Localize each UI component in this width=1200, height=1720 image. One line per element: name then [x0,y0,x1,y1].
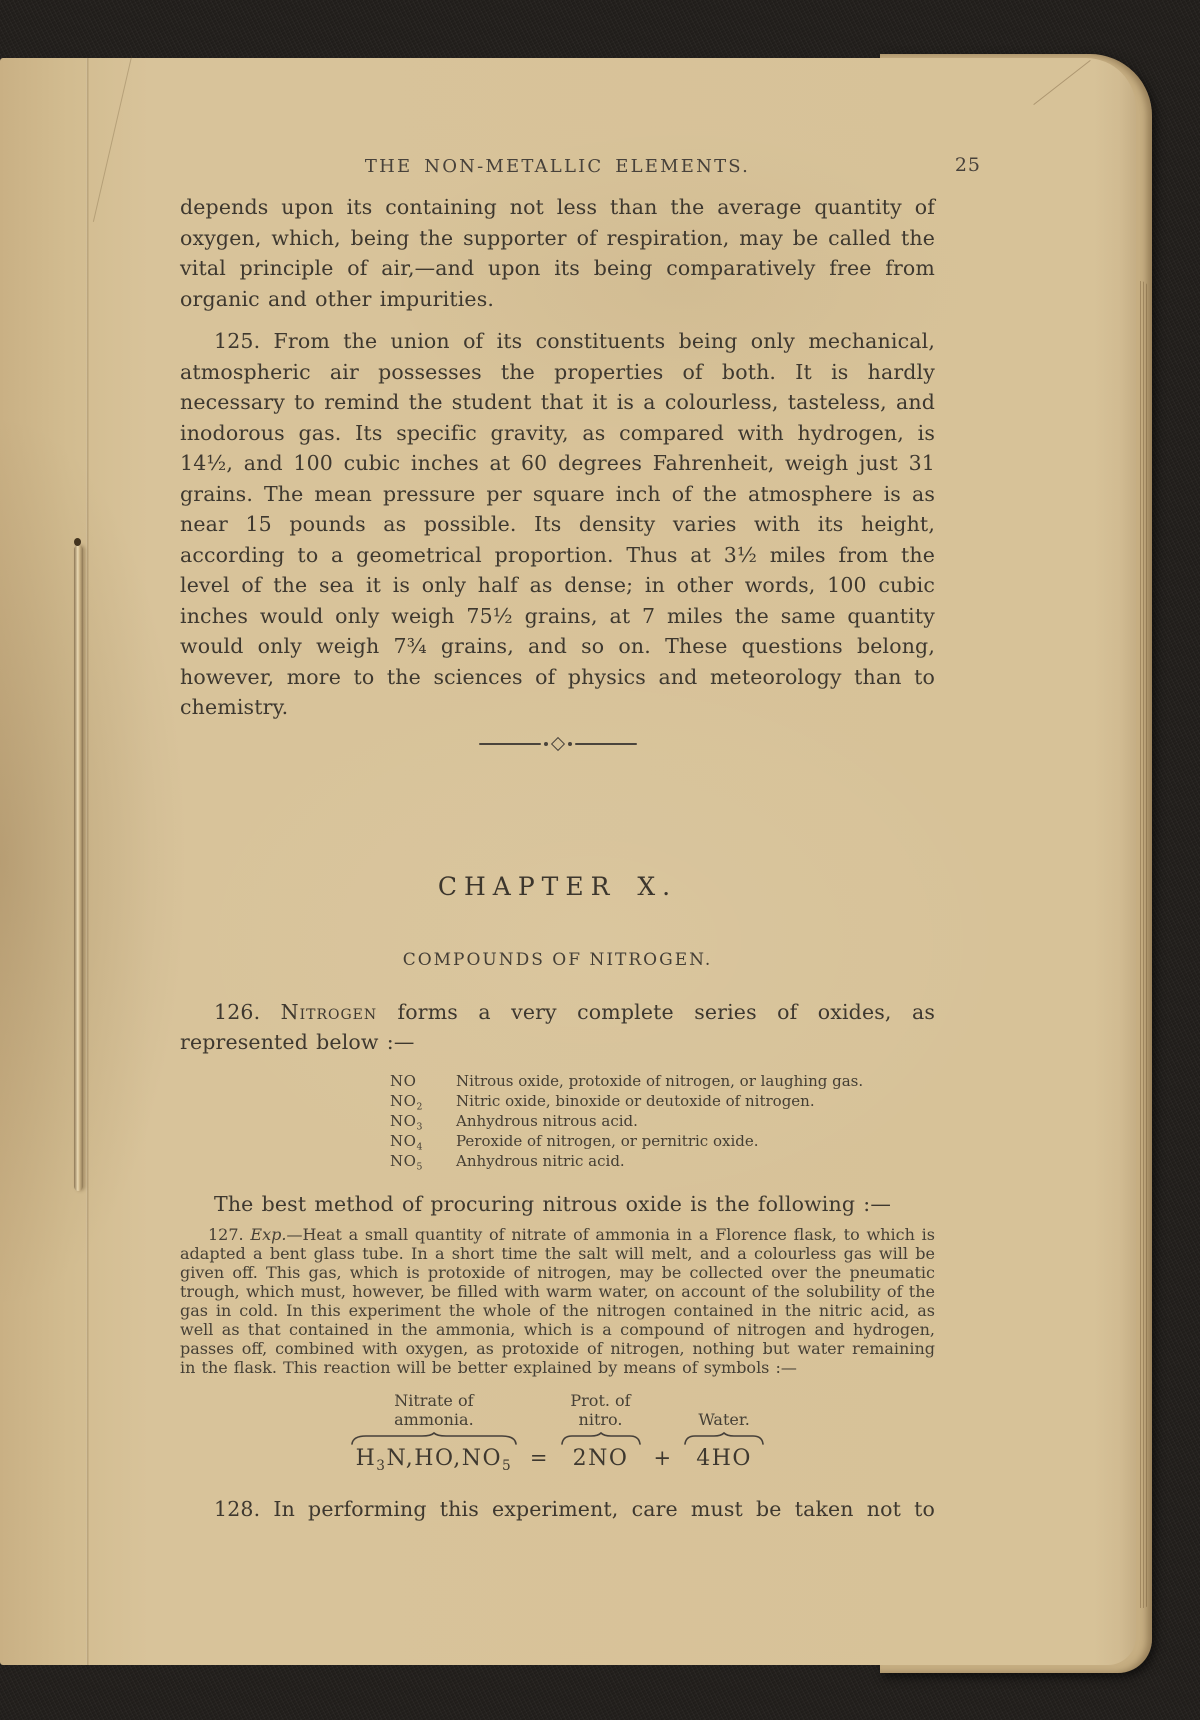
formula-water: 4HO [696,1446,752,1472]
plus-sign: + [642,1445,684,1471]
paragraph-125: 125. From the union of its constituents … [180,326,935,723]
list-item: NO5 Anhydrous nitric acid. [390,1151,935,1171]
oxide-formula: NO [390,1071,456,1091]
overbrace-icon [560,1432,642,1445]
overbrace-icon [683,1432,765,1445]
corner-fold-mark [1033,60,1090,105]
oxide-description: Nitric oxide, binoxide or deutoxide of n… [456,1091,815,1111]
page-number: 25 [955,154,981,176]
equation-term-nitrate-of-ammonia: Nitrate of ammonia. H3N,HO,NO5 [350,1389,518,1472]
paragraph-127-experiment: 127. Exp.—Heat a small quantity of nitra… [180,1225,935,1377]
label-line: nitro. [570,1410,630,1429]
paragraph-126-number: 126. [214,1000,281,1024]
divider-line-left-icon [479,743,541,745]
oxide-formula: NO5 [390,1151,456,1171]
chemical-equation: Nitrate of ammonia. H3N,HO,NO5 = Prot. o… [180,1389,935,1472]
equation-term-protoxide-of-nitrogen: Prot. of nitro. 2NO [560,1389,642,1472]
formula-nitrate-of-ammonia: H3N,HO,NO5 [356,1446,513,1472]
chapter-subtitle: COMPOUNDS OF NITROGEN. [180,949,935,971]
list-item: NO3 Anhydrous nitrous acid. [390,1111,935,1131]
label-line: Nitrate of [394,1391,474,1410]
equals-sign: = [518,1445,560,1471]
formula-protoxide: 2NO [573,1446,629,1472]
paragraph-127-text: —Heat a small quantity of nitrate of amm… [180,1225,935,1377]
book-page: THE NON-METALLIC ELEMENTS. 25 depends up… [0,58,1136,1665]
paragraph-127-number: 127. [208,1225,250,1244]
paragraph-intro: depends upon its containing not less tha… [180,192,935,314]
paragraph-128: 128. In performing this experiment, care… [180,1494,935,1525]
list-item: NO Nitrous oxide, protoxide of nitrogen,… [390,1071,935,1091]
list-item: NO2 Nitric oxide, binoxide or deutoxide … [390,1091,935,1111]
oxide-description: Nitrous oxide, protoxide of nitrogen, or… [456,1071,863,1091]
divider-diamond-icon [550,736,564,750]
book-photograph: { "page": { "running_header": "THE NON-M… [0,0,1200,1720]
paragraph-126-keyword: Nitrogen [281,1000,377,1024]
oxide-description: Peroxide of nitrogen, or pernitric oxide… [456,1131,759,1151]
divider-dot-icon [568,742,572,746]
binding-cord [74,545,83,1191]
label-line: Water. [698,1410,749,1429]
equation-term-water: Water. 4HO [683,1389,765,1472]
label-line: Prot. of [570,1391,630,1410]
equation-term-label: Water. [698,1389,749,1429]
running-header: THE NON-METALLIC ELEMENTS. 25 [180,156,935,180]
oxide-description: Anhydrous nitric acid. [456,1151,625,1171]
label-line: ammonia. [394,1410,474,1429]
section-divider-ornament [180,737,935,751]
chapter-heading: CHAPTER X. [180,871,935,903]
equation-term-label: Nitrate of ammonia. [394,1389,474,1429]
oxide-description: Anhydrous nitrous acid. [456,1111,638,1131]
gutter-crease [86,58,89,1665]
equation-term-label: Prot. of nitro. [570,1389,630,1429]
oxide-formula: NO3 [390,1111,456,1131]
list-item: NO4 Peroxide of nitrogen, or pernitric o… [390,1131,935,1151]
method-lead-line: The best method of procuring nitrous oxi… [180,1189,935,1220]
oxide-formula: NO2 [390,1091,456,1111]
nitrogen-oxide-list: NO Nitrous oxide, protoxide of nitrogen,… [390,1071,935,1171]
running-header-title: THE NON-METALLIC ELEMENTS. [365,156,750,177]
paper-crease [93,56,132,222]
overbrace-icon [350,1432,518,1445]
divider-line-right-icon [575,743,637,745]
experiment-label: Exp. [250,1225,286,1244]
oxide-formula: NO4 [390,1131,456,1151]
divider-dot-icon [544,742,548,746]
page-content: THE NON-METALLIC ELEMENTS. 25 depends up… [180,58,935,1525]
paragraph-126: 126. Nitrogen forms a very complete seri… [180,997,935,1058]
